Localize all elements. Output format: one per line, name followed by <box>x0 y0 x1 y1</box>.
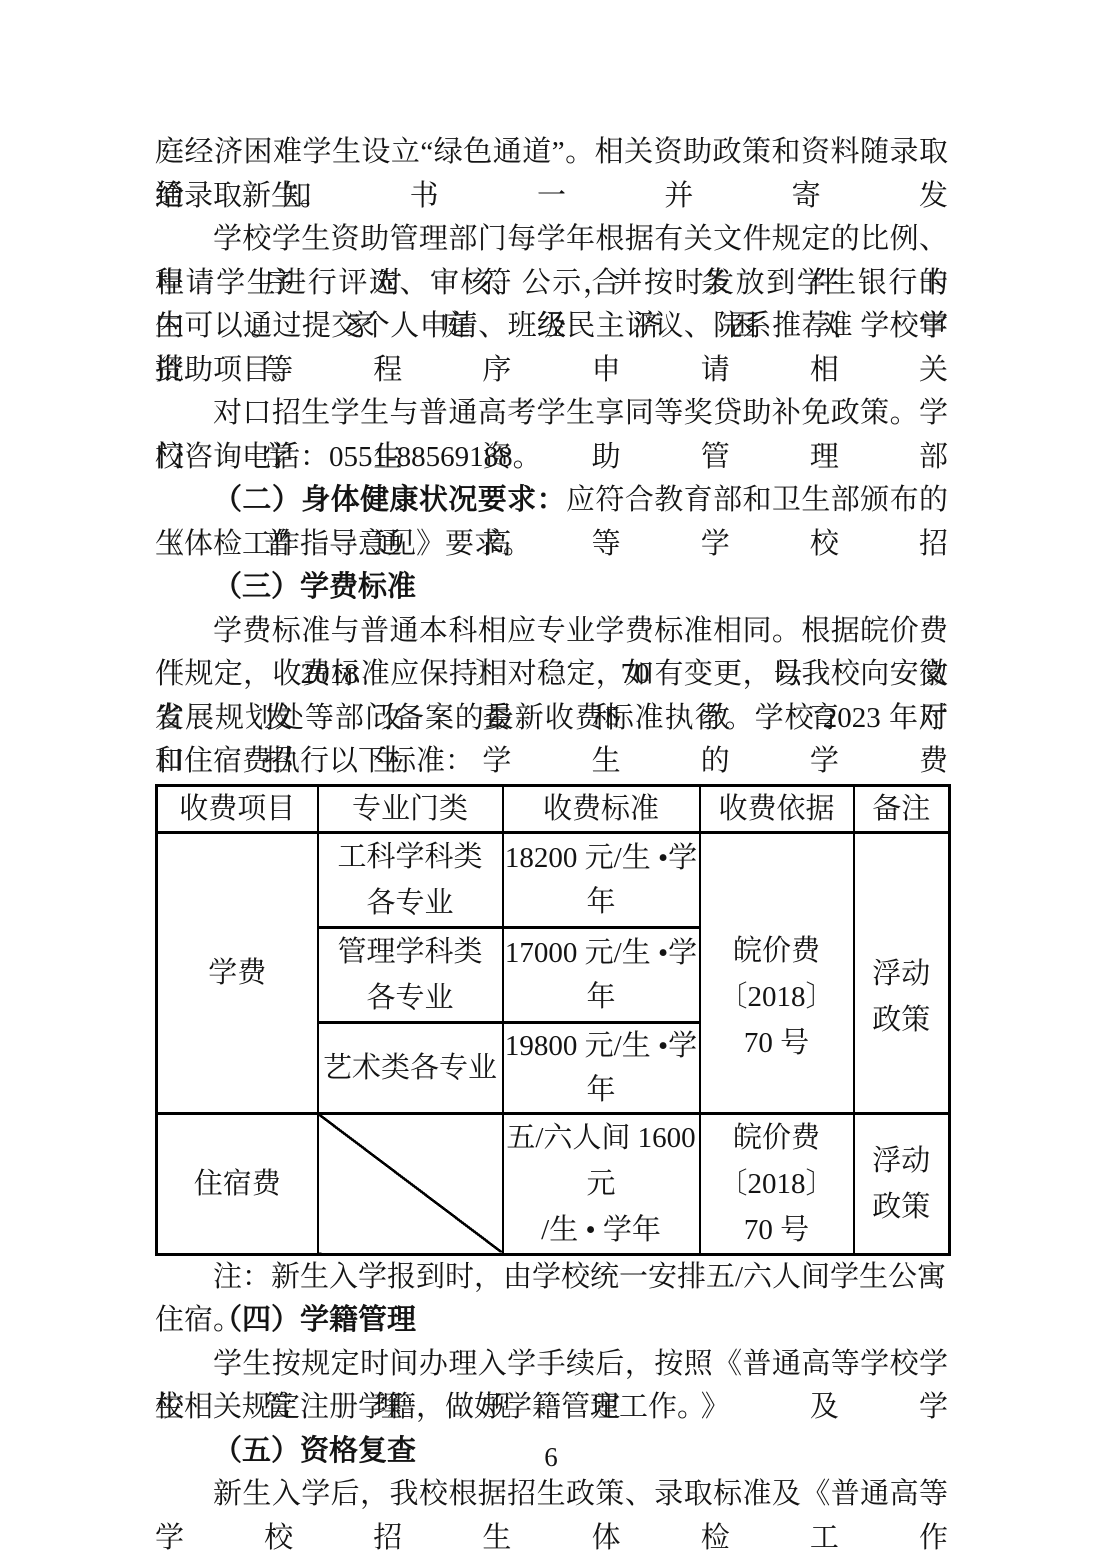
bold-text-segment: （三）学费标准 <box>213 571 416 603</box>
body-text-segment: 和住宿费执行以下标准： <box>155 745 474 777</box>
fee-table-header-row: 收费项目 专业门类 收费标准 收费依据 备注 <box>157 785 950 832</box>
text-line: 件规定，收费标准应保持相对稳定，如有变更，以我校向安徽省发改委和教育厅 <box>155 653 948 697</box>
header-major-category: 专业门类 <box>318 785 503 832</box>
diagonal-slash-cell <box>318 1113 503 1254</box>
text-line: 学校学生资助管理部门每学年根据有关文件规定的比例、程序对符合条件的 <box>155 218 948 262</box>
cell-category-art: 艺术类各专业 <box>318 1022 503 1113</box>
header-fee-item: 收费项目 <box>157 785 318 832</box>
document-content: 庭经济困难学生设立“绿色通道”。相关资助政策和资料随录取通知书一并寄发给录取新生… <box>155 131 948 1517</box>
bold-text-segment: （四）学籍管理 <box>213 1304 416 1336</box>
header-fee-basis: 收费依据 <box>700 785 854 832</box>
body-text-segment: 生体检工作指导意见》要求。 <box>155 528 532 560</box>
cell-category-engineering: 工科学科类 各专业 <box>318 832 503 927</box>
text-line: 新生入学后，我校根据招生政策、录取标准及《普通高等学校招生体检工作 <box>155 1473 948 1517</box>
header-fee-standard: 收费标准 <box>503 785 700 832</box>
bold-text-segment: （二）身体健康状况要求： <box>213 484 566 516</box>
cell-tuition-basis: 皖价费〔2018〕 70 号 <box>700 832 854 1113</box>
text-line: 庭经济困难学生设立“绿色通道”。相关资助政策和资料随录取通知书一并寄发 <box>155 131 948 175</box>
body-text-segment: 给录取新生。 <box>155 180 329 212</box>
cell-accommodation-label: 住宿费 <box>157 1113 318 1254</box>
table-row: 学费 工科学科类 各专业 18200 元/生 •学年 皖价费〔2018〕 70 … <box>157 832 950 927</box>
cell-standard-art: 19800 元/生 •学年 <box>503 1022 700 1113</box>
page-number: 6 <box>0 1437 1102 1477</box>
fee-table: 收费项目 专业门类 收费标准 收费依据 备注 学费 工科学科类 各专业 1820… <box>155 784 951 1256</box>
body-text-segment: 校相关规定注册学籍，做好学籍管理工作。 <box>155 1391 706 1423</box>
paragraphs-before-table: 庭经济困难学生设立“绿色通道”。相关资助政策和资料随录取通知书一并寄发给录取新生… <box>155 131 948 784</box>
cell-category-management: 管理学科类 各专业 <box>318 927 503 1022</box>
text-line: （四）学籍管理 <box>155 1299 948 1343</box>
paragraphs-after-table: 注：新生入学报到时，由学校统一安排五/六人间学生公寓住宿。（四）学籍管理学生按规… <box>155 1256 948 1517</box>
text-line: 注：新生入学报到时，由学校统一安排五/六人间学生公寓住宿。 <box>155 1256 948 1300</box>
document-page: 庭经济困难学生设立“绿色通道”。相关资助政策和资料随录取通知书一并寄发给录取新生… <box>0 0 1102 1559</box>
body-text-segment: 门咨询电话：0551-88569188。 <box>155 441 542 473</box>
cell-accommodation-basis: 皖价费〔2018〕 70 号 <box>700 1113 854 1254</box>
cell-accommodation-note: 浮动 政策 <box>854 1113 950 1254</box>
table-row: 住宿费 五/六人间 1600 元 /生 • 学年 皖价费〔2018〕 70 号 … <box>157 1113 950 1254</box>
header-remark: 备注 <box>854 785 950 832</box>
cell-tuition-note: 浮动 政策 <box>854 832 950 1113</box>
cell-standard-management: 17000 元/生 •学年 <box>503 927 700 1022</box>
body-text-segment: 新生入学后，我校根据招生政策、录取标准及《普通高等学校招生体检工作 <box>155 1478 948 1554</box>
text-line: 对口招生学生与普通高考学生享同等奖贷助补免政策。学校学生资助管理部 <box>155 392 948 436</box>
text-line: 学生按规定时间办理入学手续后，按照《普通高等学校学生管理规定》及学 <box>155 1343 948 1387</box>
text-line: 学费标准与普通本科相应专业学费标准相同。根据皖价费〔2018〕70 号文 <box>155 610 948 654</box>
text-line: 发展规划处等部门备案的最新收费标准执行。学校 2023 年对口招生学生的学费 <box>155 697 948 741</box>
cell-tuition-label: 学费 <box>157 832 318 1113</box>
text-line: （二）身体健康状况要求：应符合教育部和卫生部颁布的《普通高等学校招 <box>155 479 948 523</box>
body-text-segment: 资助项目。 <box>155 354 300 386</box>
text-line: 申请学生进行评选、审核、公示，并按时发放到学生银行卡内。家庭经济困难学 <box>155 262 948 306</box>
cell-standard-engineering: 18200 元/生 •学年 <box>503 832 700 927</box>
cell-accommodation-standard: 五/六人间 1600 元 /生 • 学年 <box>503 1113 700 1254</box>
text-line: 生可以通过提交个人申请、班级民主评议、院系推荐、学校审批等程序申请相关 <box>155 305 948 349</box>
text-line: （三）学费标准 <box>155 566 948 610</box>
